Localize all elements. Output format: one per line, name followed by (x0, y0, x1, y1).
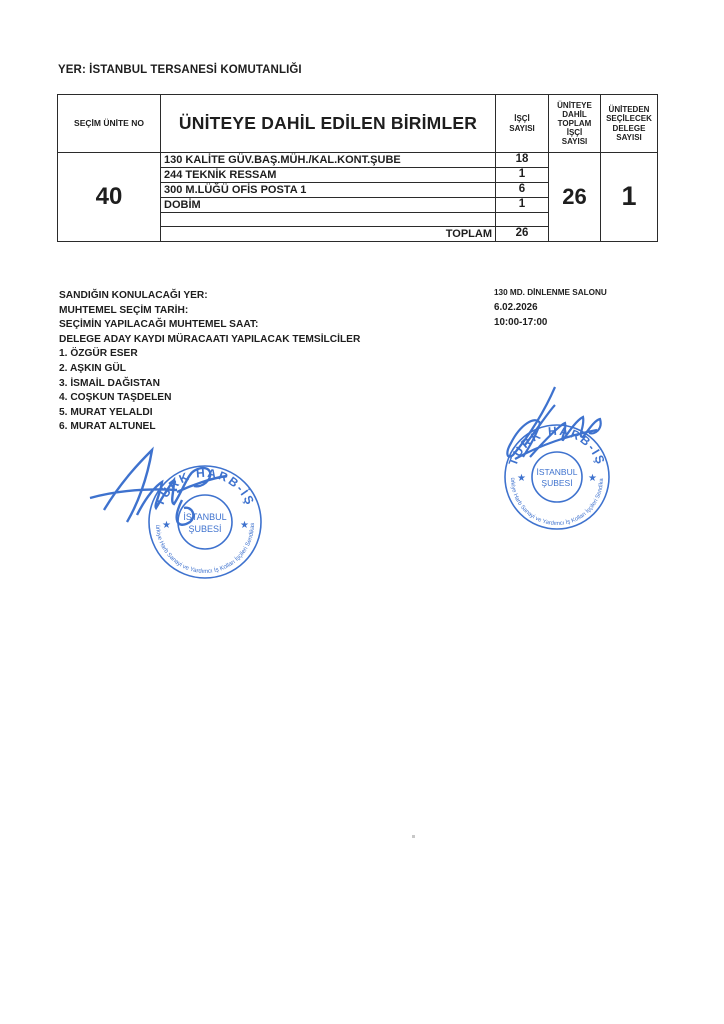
union-stamp-left: TÜRK HARB-İŞ Türkiye Harb Sanayi ve Yard… (82, 440, 272, 580)
unit-name: 244 TEKNİK RESSAM (161, 168, 496, 183)
header-text: SAYISI (549, 137, 600, 146)
date-value: 6.02.2026 (494, 301, 607, 316)
delegate-count: 1 (601, 153, 658, 242)
election-info: SANDIĞIN KONULACAĞI YER: MUHTEMEL SEÇİM … (59, 289, 360, 435)
header-delegates: ÜNİTEDEN SEÇİLECEK DELEGE SAYISI (601, 95, 658, 153)
unit-total-workers: 26 (549, 153, 601, 242)
total-value: 26 (496, 227, 549, 242)
svg-text:ŞUBESİ: ŞUBESİ (541, 478, 572, 488)
total-label: TOPLAM (161, 227, 496, 242)
header-text: İŞÇİ (549, 128, 600, 137)
time-value: 10:00-17:00 (494, 316, 607, 331)
svg-text:★: ★ (588, 473, 597, 484)
representative-item: 3. İSMAİL DAĞISTAN (59, 377, 360, 392)
location-title: YER: İSTANBUL TERSANESİ KOMUTANLIĞI (58, 64, 302, 76)
header-text: SAYISI (601, 133, 657, 142)
representative-item: 4. COŞKUN TAŞDELEN (59, 391, 360, 406)
header-text: DAHİL (549, 110, 600, 119)
worker-count: 18 (496, 153, 549, 168)
header-total-workers: ÜNİTEYE DAHİL TOPLAM İŞÇİ SAYISI (549, 95, 601, 153)
table-row: 40 130 KALİTE GÜV.BAŞ.MÜH./KAL.KONT.ŞUBE… (58, 153, 658, 168)
election-unit-table: SEÇİM ÜNİTE NO ÜNİTEYE DAHİL EDİLEN BİRİ… (57, 94, 658, 242)
svg-text:★: ★ (162, 520, 171, 531)
stamp-seal-icon: TÜRK HARB-İŞ Türkiye Harb Sanayi ve Yard… (82, 440, 272, 580)
worker-count (496, 213, 549, 227)
representative-item: 6. MURAT ALTUNEL (59, 420, 360, 435)
header-text: ÜNİTEDEN (601, 105, 657, 114)
svg-text:★: ★ (240, 520, 249, 531)
header-text: SAYISI (496, 124, 548, 133)
svg-text:Türkiye Harb Sanayi ve Yardımc: Türkiye Harb Sanayi ve Yardımcı İş Kolla… (82, 440, 256, 575)
scan-speck (412, 835, 415, 838)
svg-text:★: ★ (517, 473, 526, 484)
header-text: ÜNİTEYE (549, 101, 600, 110)
union-stamp-right: TÜRK HARB-İŞ Türkiye Harb Sanayi ve Yard… (485, 385, 625, 530)
worker-count: 6 (496, 183, 549, 198)
unit-name: DOBİM (161, 198, 496, 213)
header-text: SEÇİLECEK (601, 114, 657, 123)
svg-text:İSTANBUL: İSTANBUL (537, 467, 578, 477)
representative-item: 5. MURAT YELALDI (59, 406, 360, 421)
unit-number: 40 (58, 153, 161, 242)
header-unit-no: SEÇİM ÜNİTE NO (58, 95, 161, 153)
representatives-label: DELEGE ADAY KAYDI MÜRACAATI YAPILACAK TE… (59, 333, 360, 348)
worker-count: 1 (496, 198, 549, 213)
header-units: ÜNİTEYE DAHİL EDİLEN BİRİMLER (161, 95, 496, 153)
ballot-location-label: SANDIĞIN KONULACAĞI YER: (59, 289, 360, 304)
header-text: DELEGE (601, 124, 657, 133)
representative-item: 1. ÖZGÜR ESER (59, 347, 360, 362)
svg-text:ŞUBESİ: ŞUBESİ (188, 524, 221, 534)
ballot-location-value: 130 MD. DİNLENME SALONU (494, 286, 607, 301)
unit-name: 130 KALİTE GÜV.BAŞ.MÜH./KAL.KONT.ŞUBE (161, 153, 496, 168)
election-values: 130 MD. DİNLENME SALONU 6.02.2026 10:00-… (494, 286, 607, 330)
stamp-seal-icon: TÜRK HARB-İŞ Türkiye Harb Sanayi ve Yard… (485, 385, 625, 530)
date-label: MUHTEMEL SEÇİM TARİH: (59, 304, 360, 319)
unit-name: 300 M.LÜĞÜ OFİS POSTA 1 (161, 183, 496, 198)
time-label: SEÇİMİN YAPILACAĞI MUHTEMEL SAAT: (59, 318, 360, 333)
header-text: İŞÇİ (496, 114, 548, 123)
header-worker-count: İŞÇİ SAYISI (496, 95, 549, 153)
unit-name (161, 213, 496, 227)
svg-text:İSTANBUL: İSTANBUL (183, 512, 226, 522)
header-text: TOPLAM (549, 119, 600, 128)
worker-count: 1 (496, 168, 549, 183)
representative-item: 2. AŞKIN GÜL (59, 362, 360, 377)
